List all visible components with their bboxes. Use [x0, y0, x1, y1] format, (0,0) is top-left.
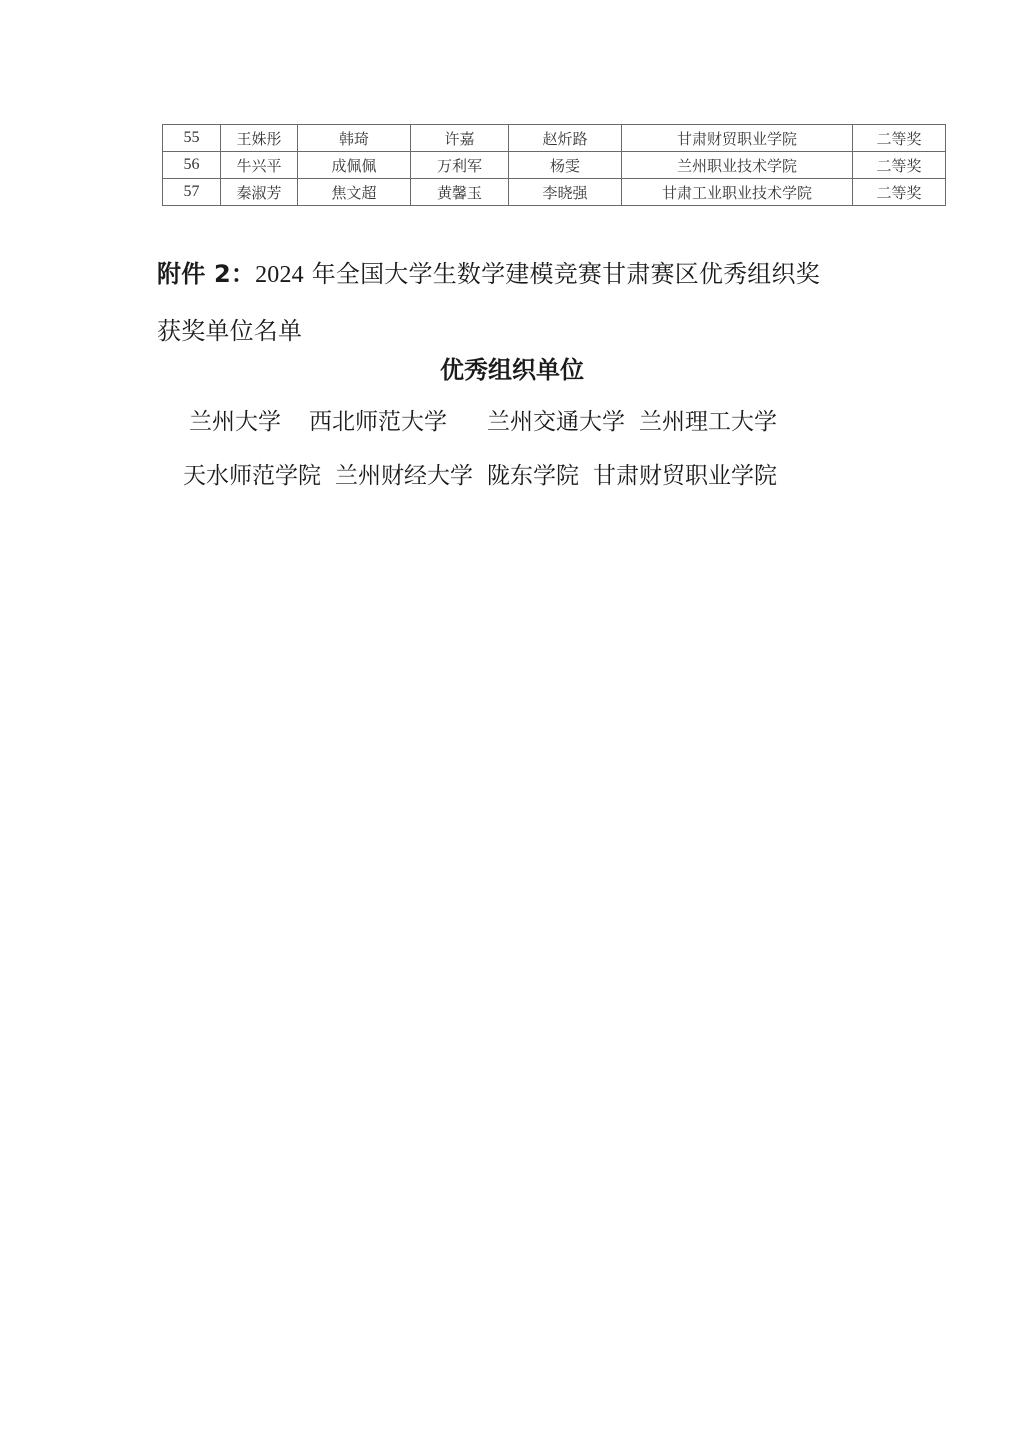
award-level: 二等奖 — [853, 179, 946, 206]
section-title: 优秀组织单位 — [0, 350, 1024, 390]
team-member: 焦文超 — [298, 179, 411, 206]
award-level: 二等奖 — [853, 125, 946, 152]
attachment-title: 年全国大学生数学建模竞赛甘肃赛区优秀组织奖 — [304, 260, 820, 288]
organization-list-line-1: 兰州大学西北师范大学兰州交通大学兰州理工大学 — [189, 402, 777, 442]
team-leader: 秦淑芳 — [221, 179, 298, 206]
table-row: 57 秦淑芳 焦文超 黄馨玉 李晓强 甘肃工业职业技术学院 二等奖 — [163, 179, 946, 206]
team-member: 韩琦 — [298, 125, 411, 152]
row-number: 57 — [163, 179, 221, 206]
advisor: 李晓强 — [509, 179, 622, 206]
school: 甘肃财贸职业学院 — [622, 125, 853, 152]
team-member: 万利军 — [411, 152, 509, 179]
attachment-year: 2024 — [255, 262, 304, 288]
team-member: 成佩佩 — [298, 152, 411, 179]
award-level: 二等奖 — [853, 152, 946, 179]
organization-name: 兰州财经大学 — [335, 456, 473, 496]
team-leader: 王姝彤 — [221, 125, 298, 152]
table-row: 55 王姝彤 韩琦 许嘉 赵炘路 甘肃财贸职业学院 二等奖 — [163, 125, 946, 152]
attachment-heading: 附件 2：2024 年全国大学生数学建模竞赛甘肃赛区优秀组织奖 获奖单位名单 — [157, 246, 897, 359]
organization-name: 兰州理工大学 — [639, 402, 777, 442]
advisor: 赵炘路 — [509, 125, 622, 152]
organization-name: 甘肃财贸职业学院 — [593, 456, 777, 496]
award-table: 55 王姝彤 韩琦 许嘉 赵炘路 甘肃财贸职业学院 二等奖 56 牛兴平 成佩佩… — [162, 124, 946, 206]
team-member: 黄馨玉 — [411, 179, 509, 206]
organization-list-line-2: 天水师范学院兰州财经大学陇东学院甘肃财贸职业学院 — [183, 456, 777, 496]
attachment-label: 附件 2： — [157, 260, 255, 288]
advisor: 杨雯 — [509, 152, 622, 179]
organization-name: 陇东学院 — [487, 456, 579, 496]
organization-name: 兰州交通大学 — [487, 402, 625, 442]
school: 甘肃工业职业技术学院 — [622, 179, 853, 206]
team-member: 许嘉 — [411, 125, 509, 152]
table-row: 56 牛兴平 成佩佩 万利军 杨雯 兰州职业技术学院 二等奖 — [163, 152, 946, 179]
row-number: 56 — [163, 152, 221, 179]
organization-name: 天水师范学院 — [183, 456, 321, 496]
attachment-heading-line1: 附件 2：2024 年全国大学生数学建模竞赛甘肃赛区优秀组织奖 — [157, 246, 897, 303]
team-leader: 牛兴平 — [221, 152, 298, 179]
school: 兰州职业技术学院 — [622, 152, 853, 179]
organization-name: 西北师范大学 — [309, 402, 447, 442]
row-number: 55 — [163, 125, 221, 152]
organization-name: 兰州大学 — [189, 402, 281, 442]
